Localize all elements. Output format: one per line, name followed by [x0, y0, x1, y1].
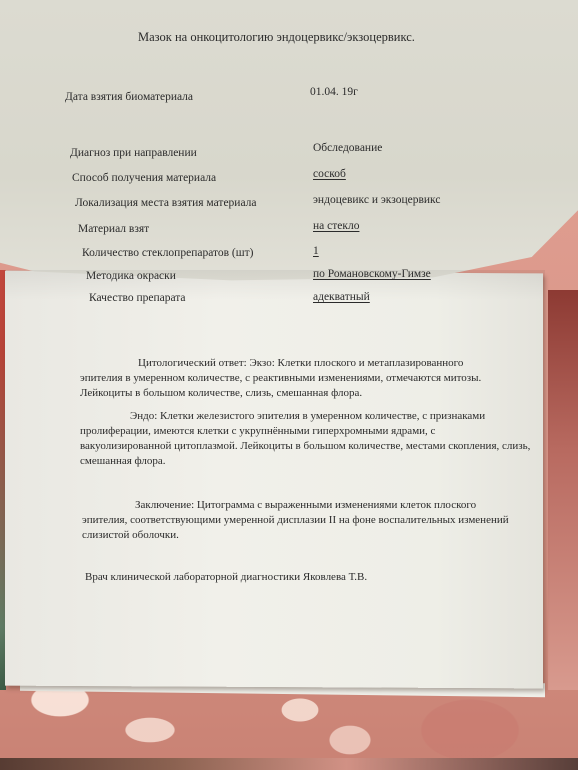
conclusion-line-3: слизистой оболочки.: [82, 528, 179, 543]
fabric-shadow: [0, 758, 578, 770]
field-value-staining: по Романовскому-Гимзе: [313, 267, 431, 281]
field-label-quality: Качество препарата: [89, 291, 186, 305]
cytology-exo-line-1: Цитологический ответ: Экзо: Клетки плоск…: [138, 356, 463, 371]
field-value-slide-count: 1: [313, 244, 319, 258]
date-label: Дата взятия биоматериала: [65, 90, 193, 104]
document-title: Мазок на онкоцитологию эндоцервикс/экзоц…: [138, 30, 415, 44]
field-value-method: соскоб: [313, 167, 346, 181]
conclusion-line-2: эпителия, соответствующими умеренной дис…: [82, 513, 509, 528]
field-value-material: на стекло: [313, 219, 359, 233]
cytology-exo-line-2: эпителия в умеренном количестве, с реакт…: [80, 371, 481, 386]
field-label-diagnosis: Диагноз при направлении: [70, 146, 197, 160]
field-label-staining: Методика окраски: [86, 269, 176, 283]
field-value-location: эндоцевикс и экзоцервикс: [313, 193, 440, 207]
date-value: 01.04. 19г: [310, 85, 358, 99]
cytology-exo-line-3: Лейкоциты в большом количестве, слизь, с…: [80, 386, 362, 401]
cytology-endo-line-1: Эндо: Клетки железистого эпителия в умер…: [130, 409, 485, 424]
field-label-method: Способ получения материала: [72, 171, 216, 185]
field-value-diagnosis: Обследование: [313, 141, 382, 155]
doctor-signature: Врач клинической лабораторной диагностик…: [85, 570, 367, 585]
conclusion-line-1: Заключение: Цитограмма с выраженными изм…: [135, 498, 476, 513]
paper-sheet-lower: [5, 271, 543, 689]
cytology-endo-line-2: пролиферации, имеются клетки с укрупнённ…: [80, 424, 435, 439]
right-edge-background: [548, 290, 578, 690]
field-value-quality: адекватный: [313, 290, 370, 304]
field-label-material: Материал взят: [78, 222, 149, 236]
cytology-endo-line-3: вакуолизированной цитоплазмой. Лейкоциты…: [80, 439, 530, 454]
field-label-location: Локализация места взятия материала: [75, 196, 257, 210]
field-label-slide-count: Количество стеклопрепаратов (шт): [82, 246, 253, 260]
cytology-endo-line-4: смешанная флора.: [80, 454, 166, 469]
